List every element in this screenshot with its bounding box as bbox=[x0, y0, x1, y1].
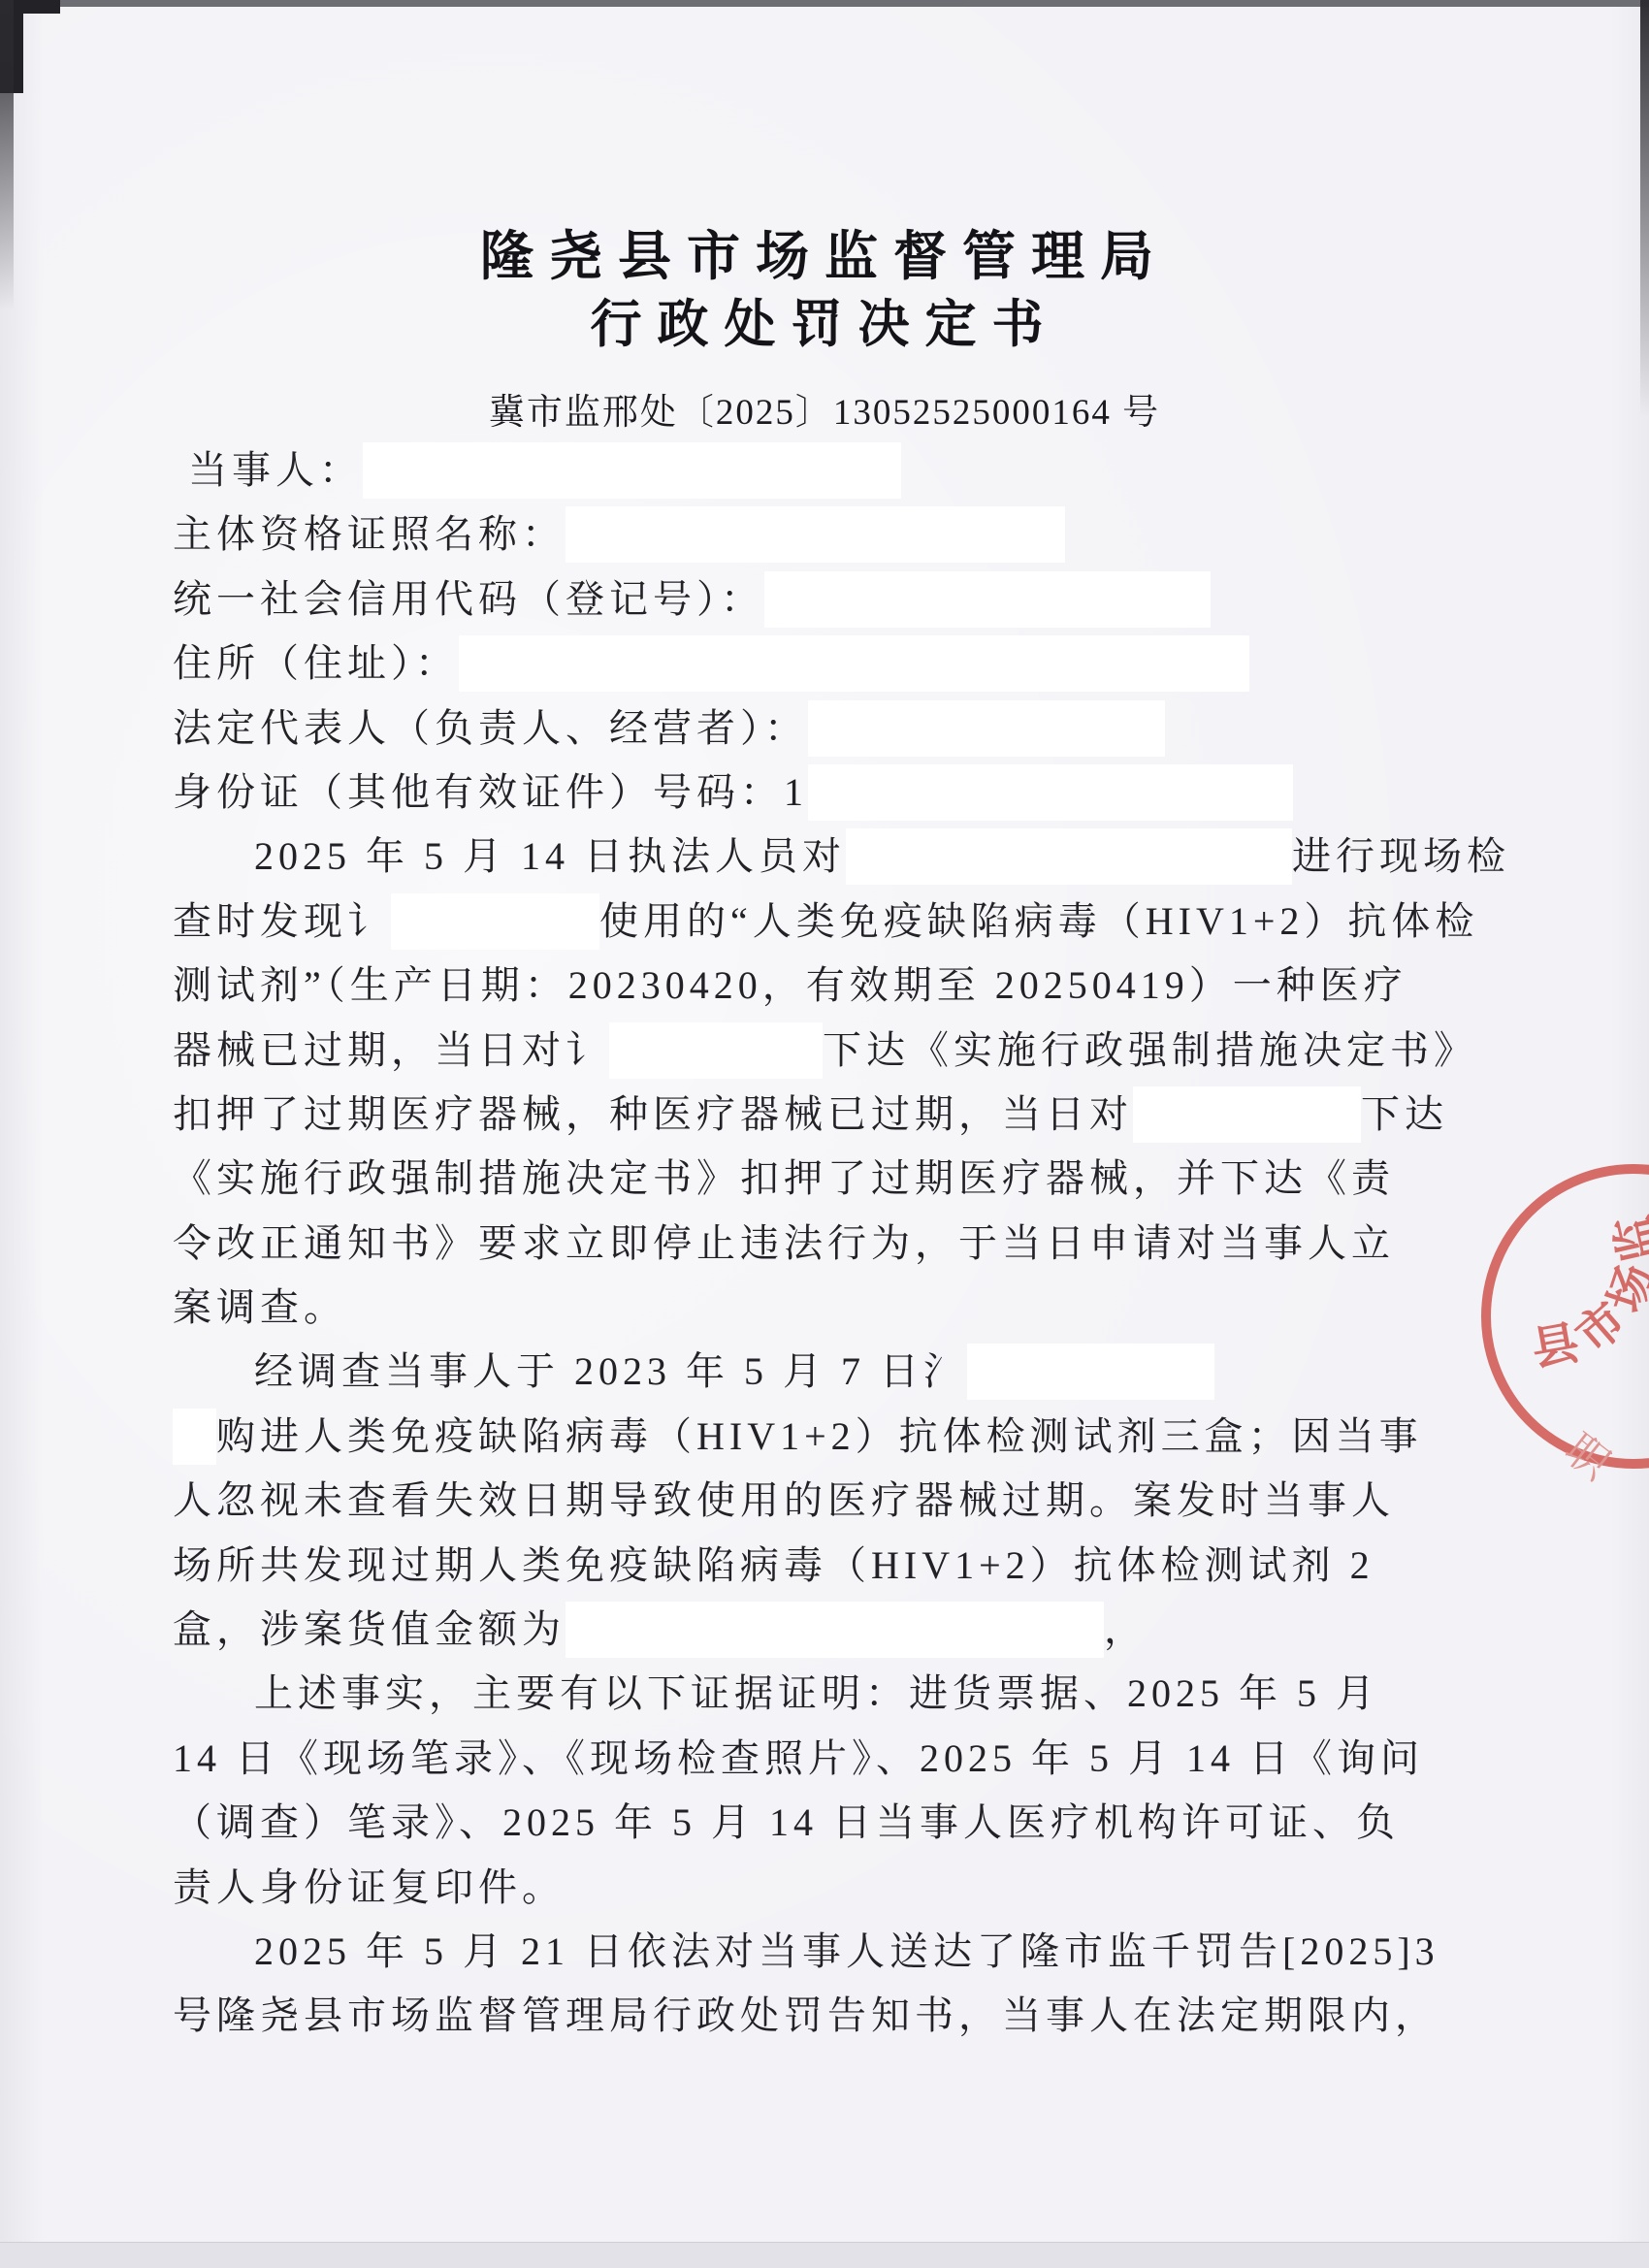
seal-circle bbox=[1486, 1169, 1649, 1464]
text-segment: 进行现场检 bbox=[1292, 834, 1510, 878]
text-line: 统一社会信用代码（登记号）： bbox=[173, 567, 1463, 632]
text-line: 扣押了过期医疗器械，种医疗器械已过期，当日对下达 bbox=[173, 1083, 1463, 1147]
text-segment: 令改正通知书》要求立即停止违法行为，于当日申请对当事人立 bbox=[173, 1221, 1395, 1265]
document-number: 冀市监邢处〔2025〕13052525000164 号 bbox=[0, 382, 1649, 435]
text-line: 测试剂”（生产日期：20230420，有效期至 20250419）一种医疗 bbox=[173, 954, 1463, 1018]
redaction-box bbox=[363, 442, 901, 499]
text-segment: 身份证（其他有效证件）号码：1 bbox=[173, 770, 808, 814]
official-seal-stamp: 县市场监 职 bbox=[1436, 1116, 1649, 1533]
text-line: 购进人类免疫缺陷病毒（HIV1+2）抗体检测试剂三盒；因当事 bbox=[173, 1405, 1463, 1469]
text-line: 2025 年 5 月 21 日依法对当事人送达了隆市监千罚告[2025]3 bbox=[173, 1920, 1463, 1984]
text-segment: 号隆尧县市场监督管理局行政处罚告知书，当事人在法定期限内， bbox=[173, 1993, 1439, 2037]
text-line: 当事人： bbox=[173, 438, 1463, 502]
text-segment: ， bbox=[1104, 1607, 1148, 1651]
text-line: 责人身份证复印件。 bbox=[173, 1856, 1463, 1920]
redaction-box bbox=[1133, 1086, 1361, 1143]
text-segment: 法定代表人（负责人、经营者）： bbox=[173, 706, 808, 750]
text-segment: 场所共发现过期人类免疫缺陷病毒（HIV1+2）抗体检测试剂 2 bbox=[173, 1543, 1374, 1587]
text-line: （调查）笔录》、2025 年 5 月 14 日当事人医疗机构许可证、负 bbox=[173, 1791, 1463, 1855]
text-segment: 人忽视未查看失效日期导致使用的医疗器械过期。案发时当事人 bbox=[173, 1478, 1395, 1522]
text-line: 人忽视未查看失效日期导致使用的医疗器械过期。案发时当事人 bbox=[173, 1469, 1463, 1533]
text-line: 上述事实，主要有以下证据证明：进货票据、2025 年 5 月 bbox=[173, 1662, 1463, 1726]
text-segment: 案调查。 bbox=[173, 1285, 347, 1329]
text-segment: 2025 年 5 月 21 日依法对当事人送达了隆市监千罚告[2025]3 bbox=[254, 1929, 1439, 1973]
text-segment: 经调查当事人于 2023 年 5 月 7 日氵 bbox=[254, 1349, 967, 1393]
text-segment: 《实施行政强制措施决定书》扣押了过期医疗器械，并下达《责 bbox=[173, 1156, 1395, 1200]
redaction-box bbox=[967, 1344, 1214, 1400]
text-segment: 主体资格证照名称： bbox=[173, 512, 566, 556]
text-segment: 使用的“人类免疫缺陷病毒（HIV1+2）抗体检 bbox=[599, 899, 1478, 943]
text-line: 令改正通知书》要求立即停止违法行为，于当日申请对当事人立 bbox=[173, 1212, 1463, 1276]
text-line: 号隆尧县市场监督管理局行政处罚告知书，当事人在法定期限内， bbox=[173, 1984, 1463, 2048]
text-segment: 14 日《现场笔录》、《现场检查照片》、2025 年 5 月 14 日《询问 bbox=[173, 1736, 1424, 1780]
text-segment: 查时发现讠 bbox=[173, 899, 391, 943]
text-line: 身份证（其他有效证件）号码：1 bbox=[173, 761, 1463, 825]
text-line: 主体资格证照名称： bbox=[173, 502, 1463, 567]
text-segment: 扣押了过期医疗器械，种医疗器械已过期，当日对 bbox=[173, 1092, 1133, 1136]
scan-edge-top bbox=[0, 0, 1649, 7]
text-line: 盒，涉案货值金额为， bbox=[173, 1598, 1463, 1662]
text-segment: 当事人： bbox=[188, 448, 363, 492]
redaction-box bbox=[173, 1409, 216, 1465]
text-segment: 住所（住址）： bbox=[173, 641, 459, 685]
document-title-type: 行政处罚决定书 bbox=[0, 283, 1649, 357]
redaction-box bbox=[566, 1602, 1104, 1658]
text-segment: 盒，涉案货值金额为 bbox=[173, 1607, 566, 1651]
text-segment: （调查）笔录》、2025 年 5 月 14 日当事人医疗机构许可证、负 bbox=[173, 1800, 1400, 1844]
text-line: 2025 年 5 月 14 日执法人员对进行现场检 bbox=[173, 825, 1463, 889]
seal-arc-label: 县市场监 bbox=[1528, 1199, 1649, 1376]
text-line: 器械已过期，当日对讠下达《实施行政强制措施决定书》 bbox=[173, 1019, 1463, 1083]
text-line: 法定代表人（负责人、经营者）： bbox=[173, 697, 1463, 761]
text-segment: 上述事实，主要有以下证据证明：进货票据、2025 年 5 月 bbox=[254, 1671, 1379, 1715]
text-line: 场所共发现过期人类免疫缺陷病毒（HIV1+2）抗体检测试剂 2 bbox=[173, 1534, 1463, 1598]
text-line: 查时发现讠使用的“人类免疫缺陷病毒（HIV1+2）抗体检 bbox=[173, 890, 1463, 954]
text-segment: 统一社会信用代码（登记号）： bbox=[173, 577, 764, 621]
scan-bottom-band bbox=[0, 2242, 1649, 2268]
text-segment: 责人身份证复印件。 bbox=[173, 1865, 566, 1909]
document-body: 当事人：主体资格证照名称：统一社会信用代码（登记号）：住所（住址）：法定代表人（… bbox=[173, 438, 1463, 2049]
redaction-box bbox=[808, 764, 1293, 821]
redaction-box bbox=[764, 571, 1211, 628]
text-line: 住所（住址）： bbox=[173, 632, 1463, 696]
text-line: 14 日《现场笔录》、《现场检查照片》、2025 年 5 月 14 日《询问 bbox=[173, 1727, 1463, 1791]
text-segment: 下达 bbox=[1361, 1092, 1448, 1136]
redaction-box bbox=[808, 700, 1165, 757]
text-line: 案调查。 bbox=[173, 1276, 1463, 1340]
text-segment: 器械已过期，当日对讠 bbox=[173, 1028, 609, 1072]
text-line: 《实施行政强制措施决定书》扣押了过期医疗器械，并下达《责 bbox=[173, 1147, 1463, 1211]
redaction-box bbox=[459, 635, 1249, 692]
redaction-box bbox=[846, 828, 1292, 885]
text-segment: 下达《实施行政强制措施决定书》 bbox=[823, 1028, 1477, 1072]
seal-partial-char: 职 bbox=[1556, 1425, 1620, 1489]
text-line: 经调查当事人于 2023 年 5 月 7 日氵 bbox=[173, 1340, 1463, 1404]
scanned-document-page: 隆尧县市场监督管理局 行政处罚决定书 冀市监邢处〔2025〕1305252500… bbox=[0, 0, 1649, 2268]
redaction-box bbox=[566, 506, 1065, 563]
text-segment: 测试剂”（生产日期：20230420，有效期至 20250419）一种医疗 bbox=[173, 963, 1407, 1007]
redaction-box bbox=[391, 893, 599, 950]
document-title-agency: 隆尧县市场监督管理局 bbox=[0, 213, 1649, 290]
text-segment: 2025 年 5 月 14 日执法人员对 bbox=[254, 834, 846, 878]
redaction-box bbox=[609, 1022, 823, 1079]
text-segment: 购进人类免疫缺陷病毒（HIV1+2）抗体检测试剂三盒；因当事 bbox=[216, 1414, 1423, 1458]
